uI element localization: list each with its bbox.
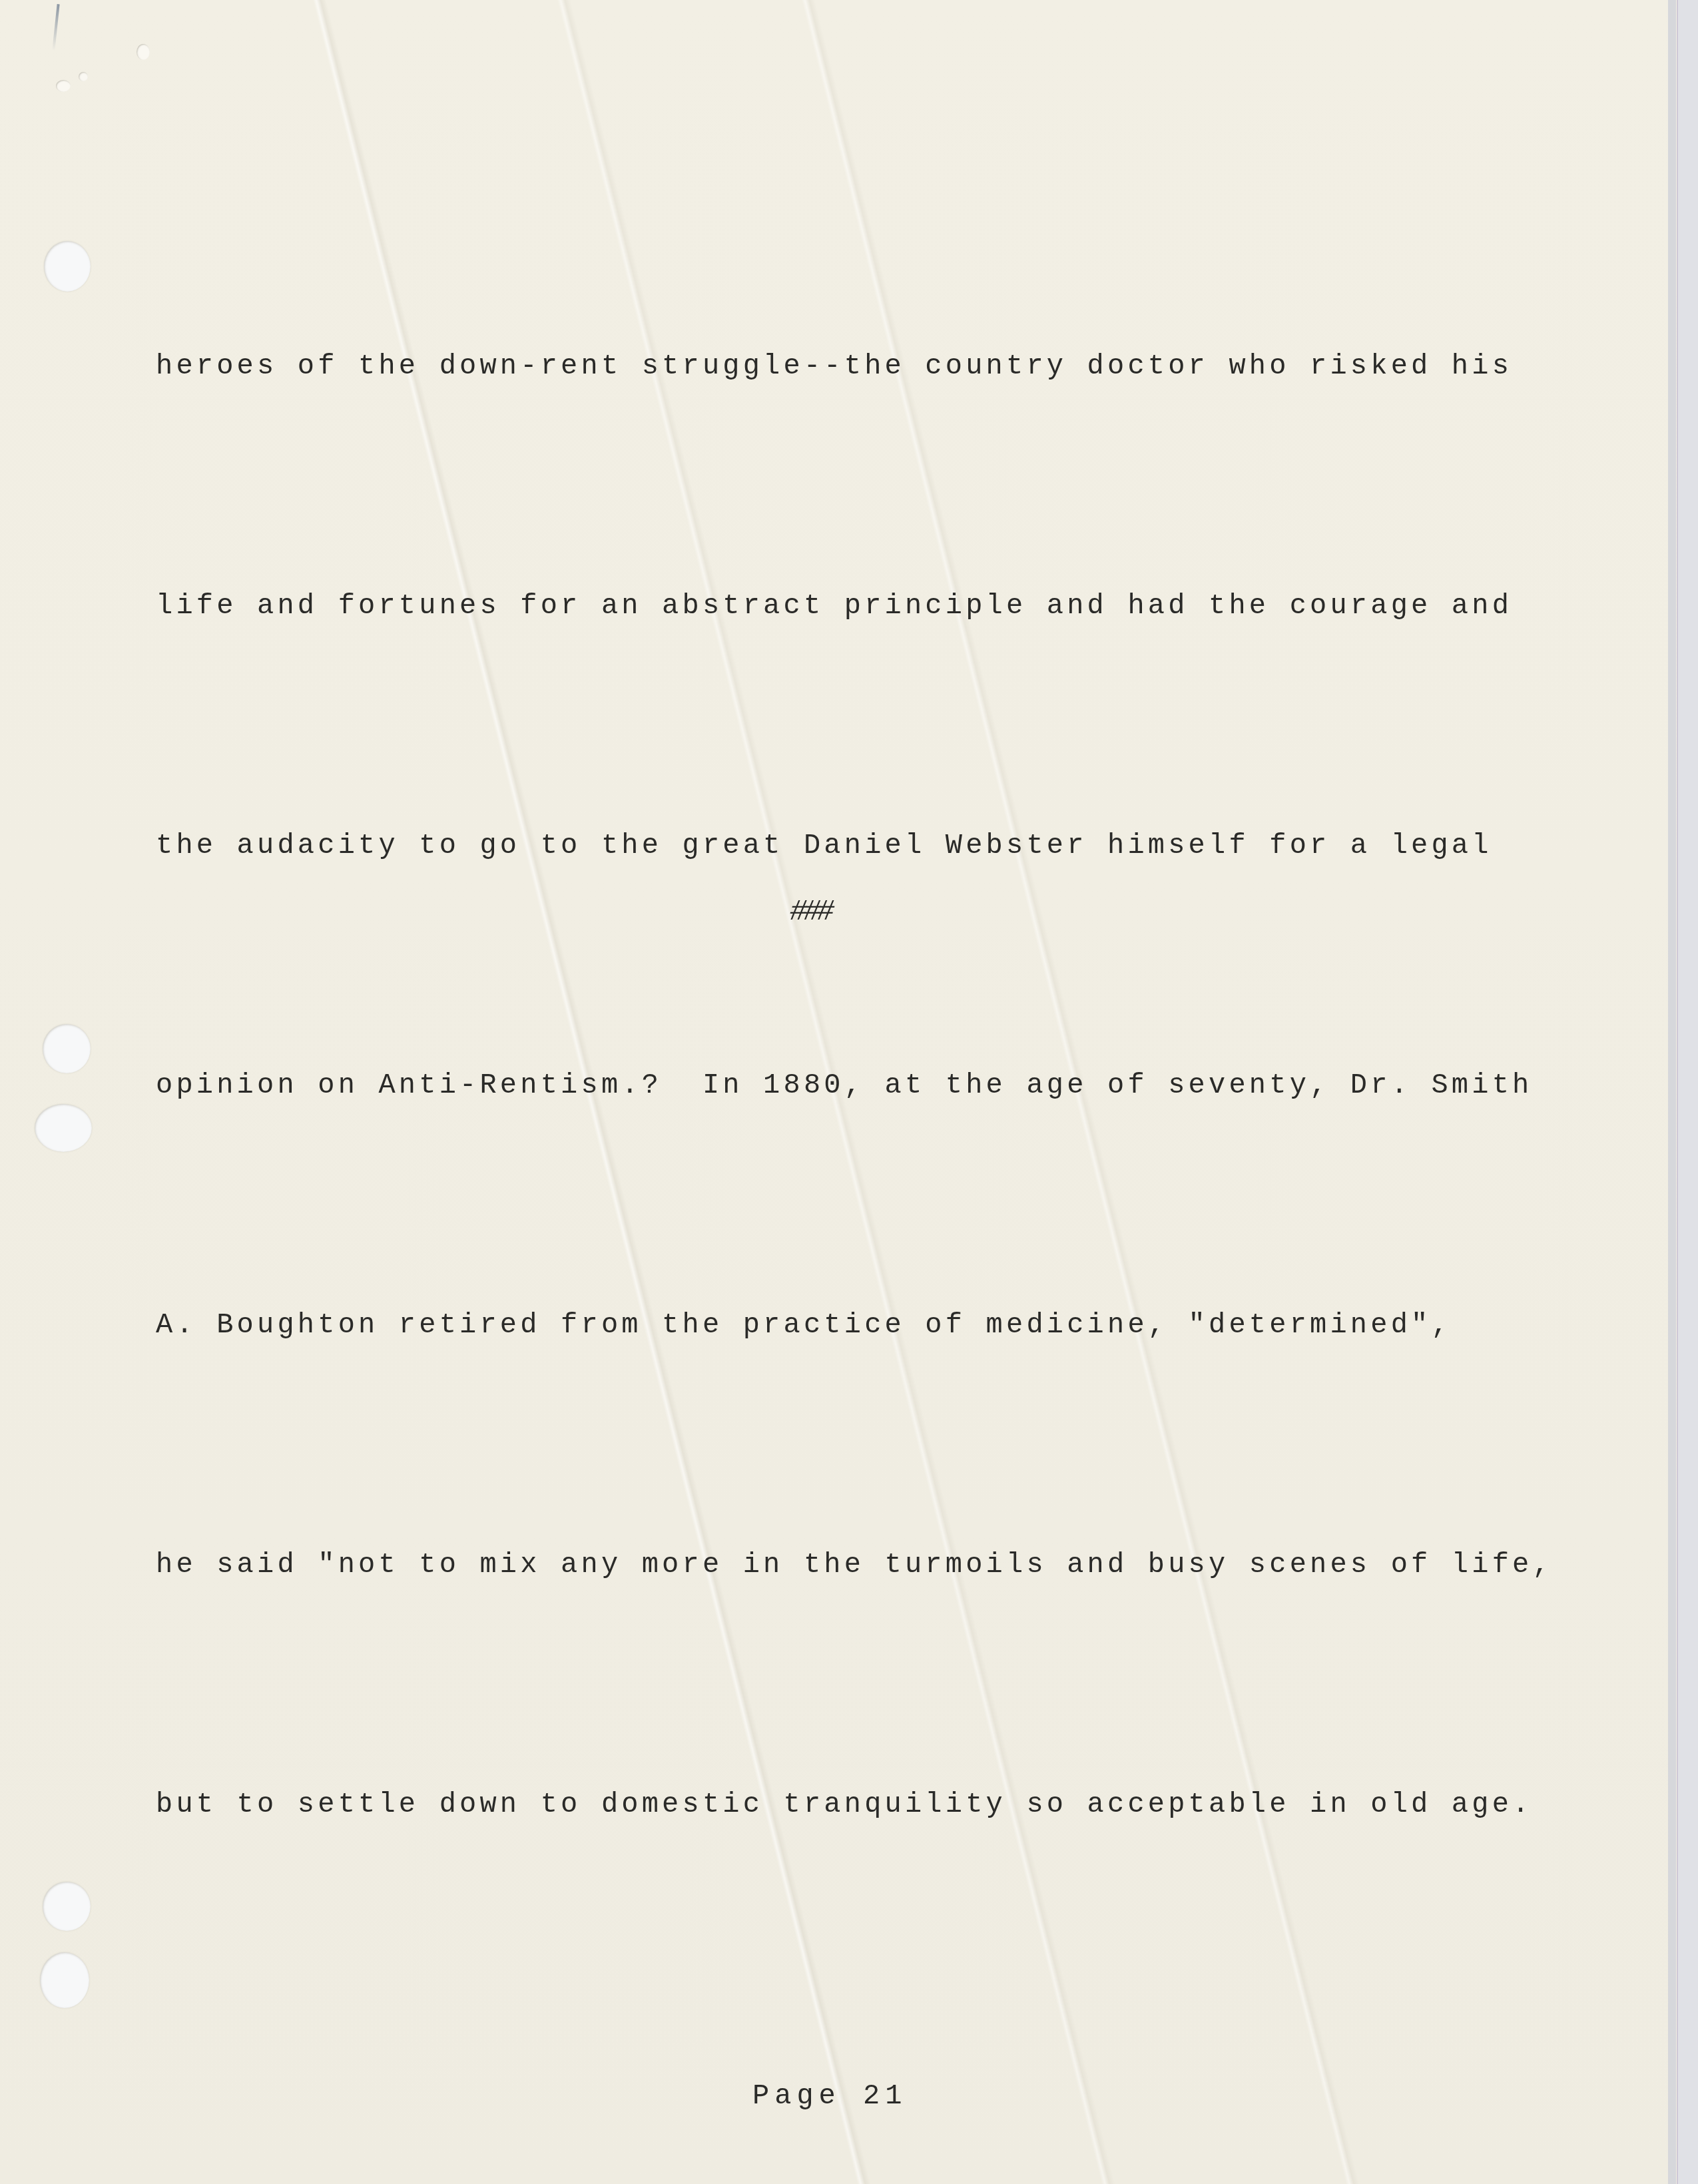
text-line: but to settle down to domestic tranquili… <box>156 1765 1553 1844</box>
text-line: he said "not to mix any more in the turm… <box>156 1525 1553 1605</box>
document-page: heroes of the down-rent struggle--the co… <box>0 0 1677 2184</box>
body-paragraph: heroes of the down-rent struggle--the co… <box>156 166 1553 2004</box>
text-line: opinion on Anti-Rentism.? In 1880, at th… <box>156 1045 1553 1125</box>
end-of-text-mark: ### <box>790 896 830 929</box>
scan-border <box>1677 0 1698 2184</box>
staple-hole <box>56 80 71 92</box>
punch-hole <box>35 1104 92 1152</box>
page-edge-shadow <box>1668 0 1676 2184</box>
punch-hole <box>44 241 91 292</box>
pen-mark <box>52 4 59 51</box>
punch-hole <box>40 1952 89 2008</box>
punch-hole <box>43 1024 91 1073</box>
page-number: Page 21 <box>752 2080 907 2112</box>
staple-hole <box>137 44 150 60</box>
text-line: A. Boughton retired from the practice of… <box>156 1285 1553 1365</box>
punch-hole <box>43 1882 91 1931</box>
text-line: heroes of the down-rent struggle--the co… <box>156 326 1553 406</box>
text-line: the audacity to go to the great Daniel W… <box>156 806 1553 886</box>
staple-hole <box>79 72 88 81</box>
text-line: life and fortunes for an abstract princi… <box>156 566 1553 646</box>
